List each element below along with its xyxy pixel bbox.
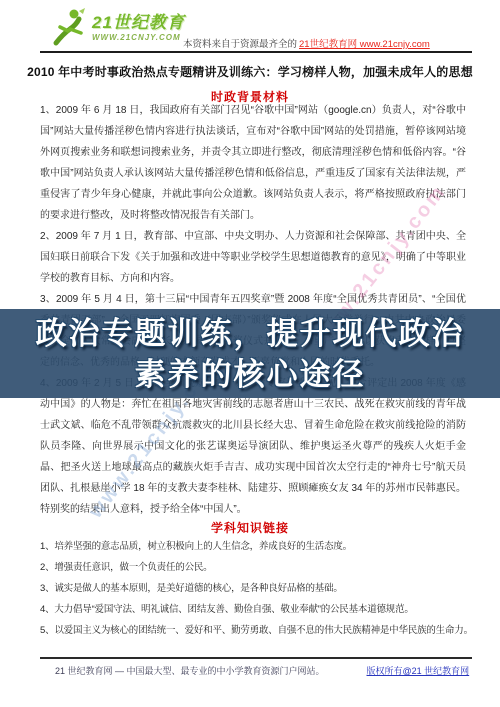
paragraph: 1、2009 年 6 月 18 日，我国政府有关部门召见“谷歌中国”网站（goo…: [40, 100, 466, 226]
overlay-banner: 政治专题训练，提升现代政治 素养的核心途径: [0, 309, 500, 398]
section-heading-knowledge-links: 学科知识链接: [0, 519, 500, 536]
footer-copyright-link[interactable]: 版权所有@21 世纪教育网: [367, 664, 470, 677]
tagline-prefix: 本资料来自于资源最齐全的: [183, 39, 297, 50]
site-logo: 21世纪教育 www.21cnjy.com: [50, 5, 185, 51]
tagline-site-link[interactable]: 21世纪教育网 www.21cnjy.com: [299, 39, 430, 50]
footer: 21 世纪教育网 — 中国最大型、最专业的中小学教育资源门户网站。 版权所有@2…: [55, 664, 472, 677]
logo-brand-text: 21世纪教育: [92, 14, 185, 31]
footer-divider: [40, 657, 472, 659]
list-item: 3、诚实是做人的基本原则，是美好道德的核心，是各种良好品格的基础。: [40, 578, 484, 599]
banner-line-2: 素养的核心途径: [135, 354, 366, 395]
list-item: 2、增强责任意识，做一个负责任的公民。: [40, 557, 484, 578]
logo-url-text: www.21cnjy.com: [92, 34, 185, 42]
body-text: 1、2009 年 6 月 18 日，我国政府有关部门召见“谷歌中国”网站（goo…: [40, 100, 466, 515]
footer-site-text: 21 世纪教育网 — 中国最大型、最专业的中小学教育资源门户网站。: [55, 664, 325, 677]
page-title: 2010 年中考时事政治热点专题精讲及训练六：学习榜样人物，加强未成年人的思想: [12, 63, 488, 80]
runner-icon: [50, 7, 90, 49]
list-item: 4、大力倡导“爱国守法、明礼诚信、团结友善、勤俭自强、敬业奉献”的公民基本道德规…: [40, 599, 484, 620]
knowledge-list: 1、培养坚强的意志品质，树立积极向上的人生信念，养成良好的生活态度。 2、增强责…: [40, 536, 484, 641]
list-item: 5、以爱国主义为核心的团结统一、爱好和平、勤劳勇敢、自强不息的伟大民族精神是中华…: [40, 620, 484, 641]
header-divider: [40, 51, 472, 53]
banner-line-1: 政治专题训练，提升现代政治: [36, 313, 465, 354]
header-tagline: 本资料来自于资源最齐全的21世纪教育网 www.21cnjy.com: [183, 36, 430, 50]
paragraph: 2、2009 年 7 月 1 日，教育部、中宣部、中央文明办、人力资源和社会保障…: [40, 226, 466, 289]
document-page: 21世纪教育 www.21cnjy.com 本资料来自于资源最齐全的21世纪教育…: [0, 0, 500, 707]
list-item: 1、培养坚强的意志品质，树立积极向上的人生信念，养成良好的生活态度。: [40, 536, 484, 557]
